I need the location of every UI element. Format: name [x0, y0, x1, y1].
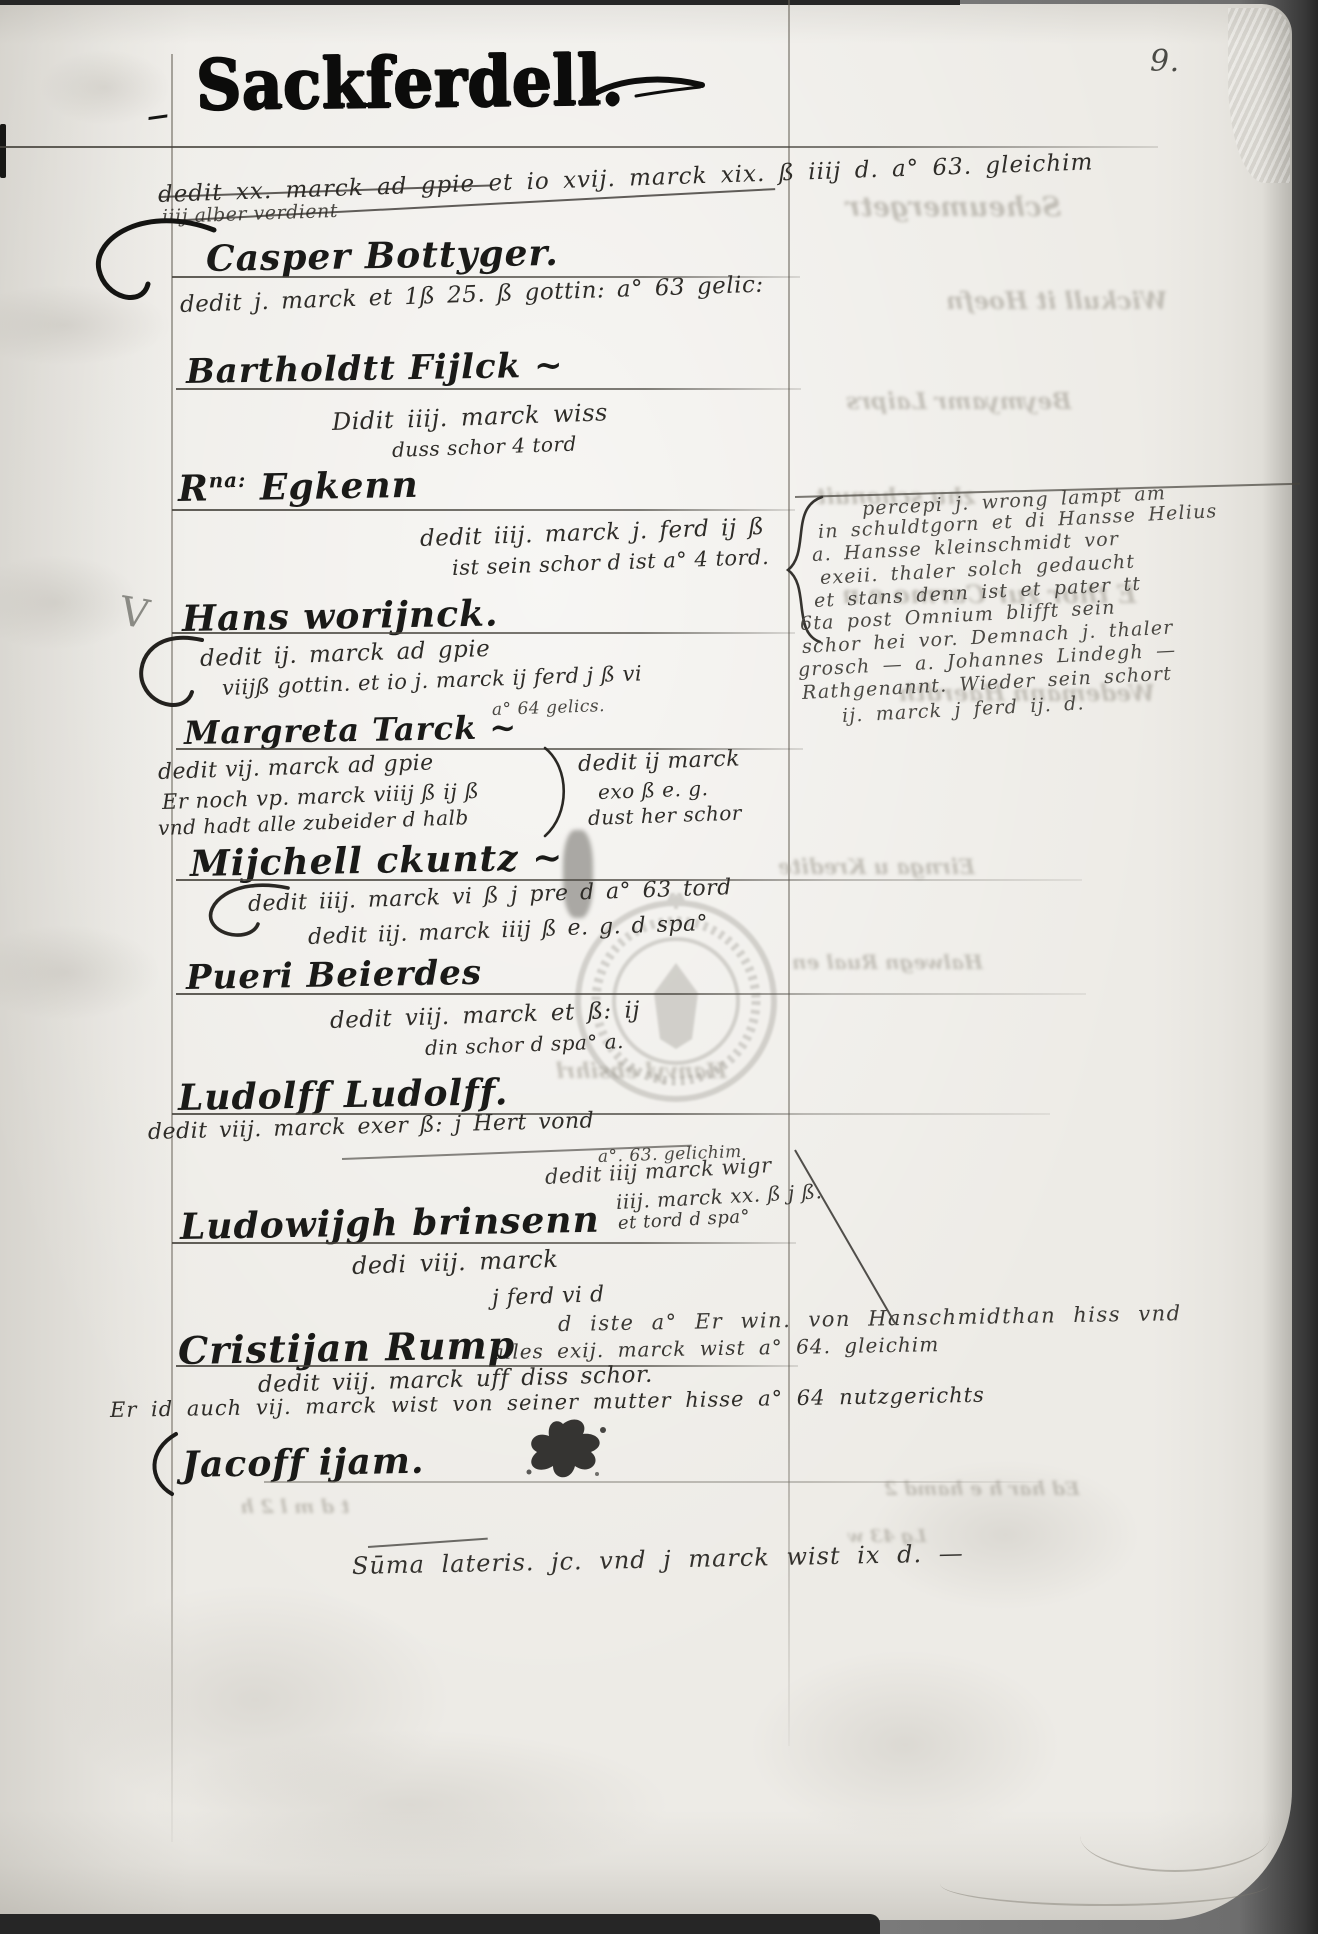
entry-side-line: exo ß e. g.	[598, 776, 709, 804]
entry-heading: Margreta Tarck ~	[184, 708, 518, 752]
heading-underline	[172, 1113, 1050, 1115]
heading-underline	[172, 1242, 796, 1244]
entry-heading: Ludowijgh brinsenn	[180, 1199, 600, 1248]
top-horizontal-rule	[0, 146, 1158, 148]
worn-bottom-edge	[940, 1862, 1270, 1906]
flourish-swash	[138, 1428, 180, 1500]
entry-heading-rest: Egkenn	[260, 464, 420, 509]
bleedthrough-text: Wickull it Hoefn	[946, 286, 1167, 315]
ink-blot	[515, 1412, 615, 1487]
flourish-swash	[130, 628, 210, 723]
entry-heading: Rna: Egkenn	[178, 464, 419, 510]
bleedthrough-text: Halwegn Rual en	[792, 950, 983, 974]
bleedthrough-text: Eirnga u Kredite	[778, 854, 975, 879]
worn-corner-edge	[1080, 1800, 1270, 1872]
entry-line: j ferd vi d	[492, 1282, 605, 1311]
paper-stain	[150, 1730, 670, 1880]
bracket-swash	[540, 742, 572, 842]
binding-ink-mark	[0, 124, 6, 178]
scanned-manuscript-page: Scheumergetr Wickull it Hoefn Beymyamr L…	[0, 0, 1318, 1934]
heading-underline	[176, 388, 801, 390]
paper-stain	[750, 1650, 1060, 1840]
heading-underline	[172, 632, 795, 634]
bleedthrough-text: t d m l 2 h	[240, 1496, 350, 1518]
entry-heading: Jacoff ijam.	[182, 1440, 425, 1486]
entry-heading: Casper Bottyger.	[206, 232, 559, 280]
bleedthrough-text: Beymyamr Laiprs	[846, 388, 1071, 415]
entry-heading-prefix: R	[178, 467, 210, 510]
heading-underline	[264, 1481, 1042, 1483]
page-title: Sackferdell.	[196, 39, 625, 126]
scan-bottom-edge	[0, 1914, 880, 1934]
left-margin-rule	[171, 54, 173, 1842]
scan-top-edge	[0, 0, 960, 5]
entry-heading: Pueri Beierdes	[186, 953, 483, 998]
page-number: 9.	[1150, 44, 1180, 79]
heading-underline	[176, 993, 1086, 995]
heading-underline	[172, 509, 795, 511]
bleedthrough-text: Scheumergetr	[846, 192, 1061, 223]
entry-heading: Bartholdtt Fijlck ~	[186, 345, 564, 392]
title-flourish	[578, 70, 713, 112]
entry-heading-superscript: na:	[209, 468, 247, 493]
